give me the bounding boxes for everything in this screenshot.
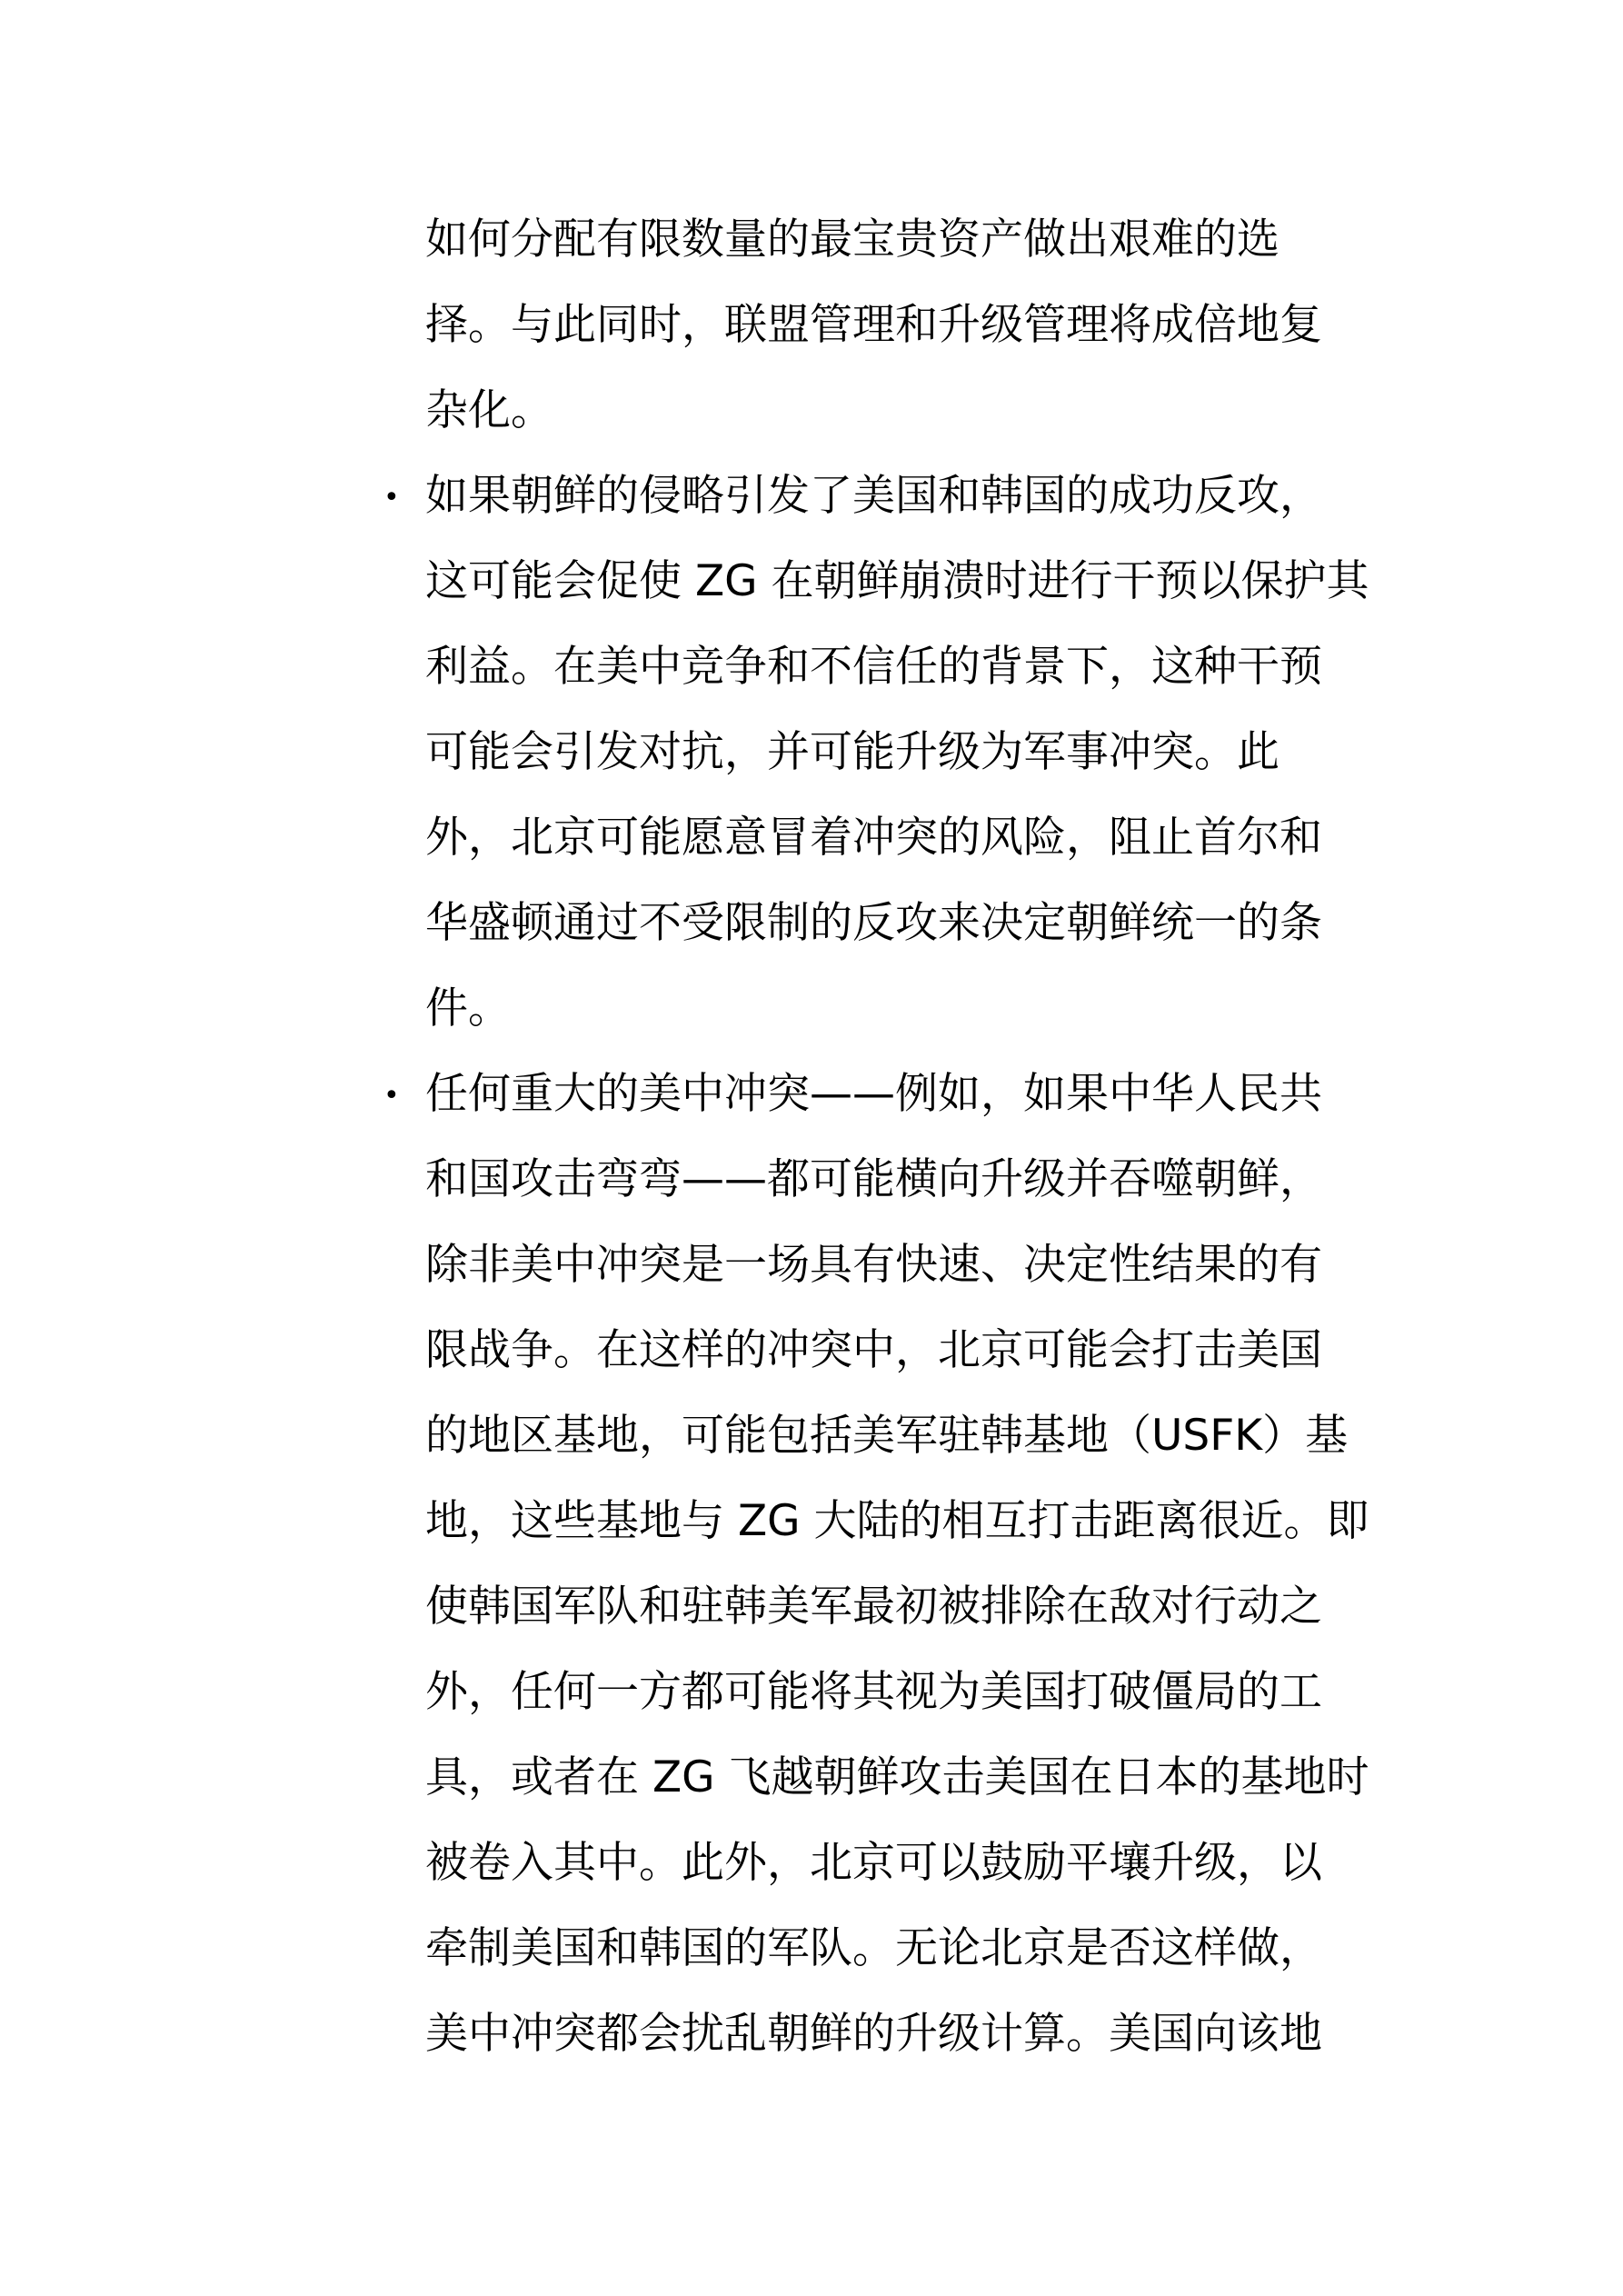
text-line: 外，任何一方都可能将其视为美国打破僵局的工 [425, 1650, 1389, 1735]
text-line-content: 使韩国军队和驻韩美军最初被排除在敌对行动之 [425, 1564, 1322, 1650]
bullet-icon: • [383, 1053, 400, 1139]
text-line: 使韩国军队和驻韩美军最初被排除在敌对行动之 [425, 1564, 1389, 1650]
text-line-content: 利益。在美中竞争和不信任的背景下，这种干预 [425, 624, 1322, 710]
text-line: •任何重大的美中冲突——例如，如果中华人民共 [425, 1052, 1389, 1137]
text-line: 如何分配有限数量的最宝贵资产做出艰难的选 [425, 197, 1389, 283]
text-line: 地，这些基地与 ZG 大陆的相互打击距离很近。即 [425, 1479, 1389, 1564]
text-line: •如果朝鲜的侵略引发了美国和韩国的成功反攻， [425, 454, 1389, 539]
bullet-item: •如果朝鲜的侵略引发了美国和韩国的成功反攻，这可能会促使 ZG 在朝鲜崩溃时进行… [425, 454, 1389, 1052]
text-line: 牵制美国和韩国的军队。无论北京是否这样做， [425, 1906, 1389, 1992]
text-line-content: 外，任何一方都可能将其视为美国打破僵局的工 [425, 1650, 1322, 1735]
text-line-content: 杂化。 [425, 368, 553, 454]
text-line-content: 具，或者在 ZG 飞越朝鲜攻击美国在日本的基地时 [425, 1735, 1369, 1821]
text-line-content: 限战争。在这样的冲突中，北京可能会打击美国 [425, 1308, 1322, 1393]
text-line: 被卷入其中。此外，北京可以鼓励平壤升级，以 [425, 1821, 1389, 1906]
text-line-content: 美中冲突都会扰乱朝鲜的升级计算。美国向该地 [425, 1992, 1322, 2077]
text-line-content: 外，北京可能愿意冒着冲突的风险，阻止首尔和 [425, 795, 1322, 881]
text-line-content: 和国攻击弯弯——都可能横向升级并吞噬朝鲜， [425, 1137, 1322, 1223]
text-line: 可能会引发对抗，并可能升级为军事冲突。此 [425, 710, 1389, 795]
text-line-content: 择。与此同时，联盟管理和升级管理将成倍地复 [425, 283, 1322, 368]
text-line-content: 如果朝鲜的侵略引发了美国和韩国的成功反攻， [425, 454, 1322, 539]
text-line: 杂化。 [425, 368, 1389, 454]
text-line-content: 的地区基地，可能包括美军驻韩基地（USFK）基 [425, 1393, 1348, 1479]
text-line: 这可能会促使 ZG 在朝鲜崩溃时进行干预以保护其 [425, 539, 1389, 624]
text-line: 和国攻击弯弯——都可能横向升级并吞噬朝鲜， [425, 1137, 1389, 1223]
text-line: 外，北京可能愿意冒着冲突的风险，阻止首尔和 [425, 795, 1389, 881]
text-line-content: 如何分配有限数量的最宝贵资产做出艰难的选 [425, 197, 1279, 283]
text-line-content: 除非美中冲突是一场具有快速、决定性结果的有 [425, 1223, 1322, 1308]
text-line-content: 任何重大的美中冲突——例如，如果中华人民共 [425, 1052, 1322, 1137]
document-page: 如何分配有限数量的最宝贵资产做出艰难的选择。与此同时，联盟管理和升级管理将成倍地… [0, 0, 1623, 2296]
text-line-content: 华盛顿通过不受限制的反攻来决定朝鲜统一的条 [425, 881, 1322, 966]
text-line-content: 这可能会促使 ZG 在朝鲜崩溃时进行干预以保护其 [425, 539, 1369, 624]
text-line-content: 地，这些基地与 ZG 大陆的相互打击距离很近。即 [425, 1479, 1369, 1564]
paragraph: 如何分配有限数量的最宝贵资产做出艰难的选择。与此同时，联盟管理和升级管理将成倍地… [425, 197, 1389, 454]
text-line: 具，或者在 ZG 飞越朝鲜攻击美国在日本的基地时 [425, 1735, 1389, 1821]
text-line-content: 件。 [425, 966, 511, 1052]
text-line-content: 被卷入其中。此外，北京可以鼓励平壤升级，以 [425, 1821, 1322, 1906]
text-line: 利益。在美中竞争和不信任的背景下，这种干预 [425, 624, 1389, 710]
text-line: 除非美中冲突是一场具有快速、决定性结果的有 [425, 1223, 1389, 1308]
bullet-item: •任何重大的美中冲突——例如，如果中华人民共和国攻击弯弯——都可能横向升级并吞噬… [425, 1052, 1389, 2077]
text-line: 的地区基地，可能包括美军驻韩基地（USFK）基 [425, 1393, 1389, 1479]
text-line-content: 牵制美国和韩国的军队。无论北京是否这样做， [425, 1906, 1322, 1992]
text-line: 件。 [425, 966, 1389, 1052]
text-line: 限战争。在这样的冲突中，北京可能会打击美国 [425, 1308, 1389, 1393]
text-line: 择。与此同时，联盟管理和升级管理将成倍地复 [425, 283, 1389, 368]
bullet-icon: • [383, 455, 400, 541]
text-line: 华盛顿通过不受限制的反攻来决定朝鲜统一的条 [425, 881, 1389, 966]
text-line: 美中冲突都会扰乱朝鲜的升级计算。美国向该地 [425, 1992, 1389, 2077]
text-line-content: 可能会引发对抗，并可能升级为军事冲突。此 [425, 710, 1279, 795]
text-content: 如何分配有限数量的最宝贵资产做出艰难的选择。与此同时，联盟管理和升级管理将成倍地… [425, 197, 1389, 2077]
